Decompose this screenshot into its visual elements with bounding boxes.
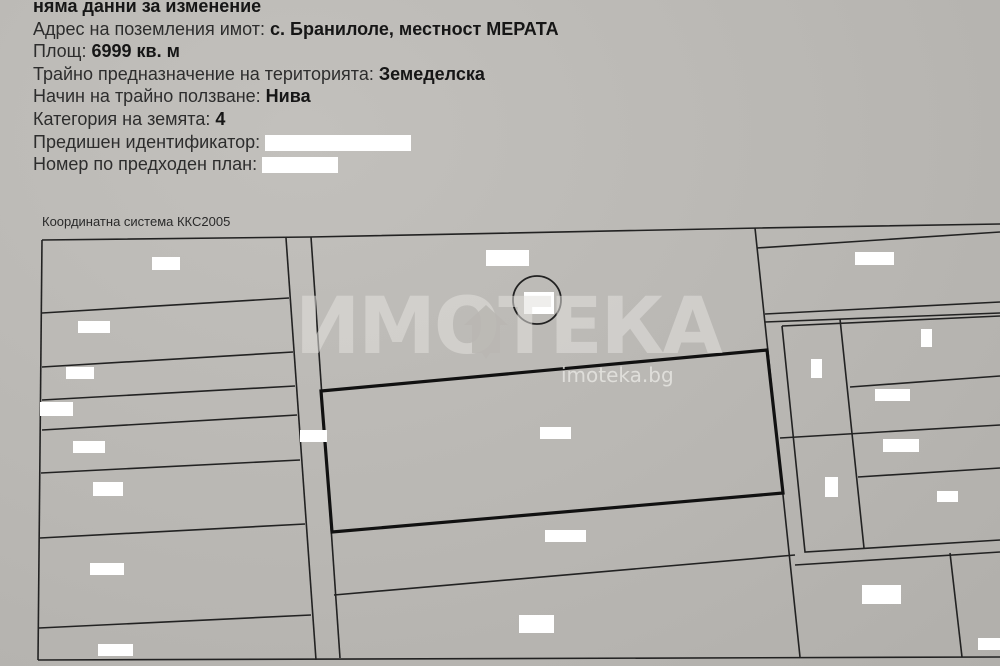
redacted-labels xyxy=(40,250,1000,656)
parcel-boundaries xyxy=(38,224,1000,660)
house-icon xyxy=(462,303,510,361)
subject-parcel[interactable] xyxy=(321,350,783,532)
